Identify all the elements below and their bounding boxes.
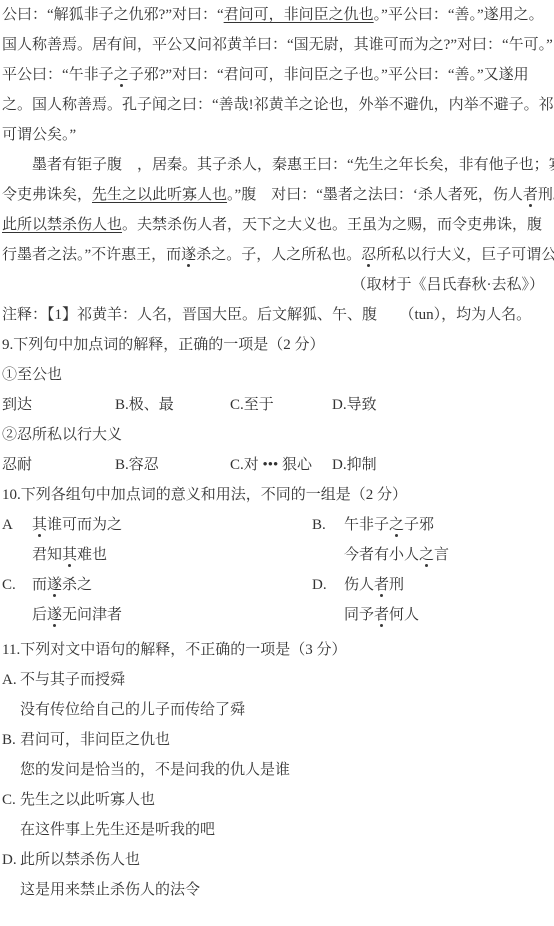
option-sentence: 后遂无问津者 <box>32 600 312 630</box>
option-sentence: 而遂杀之 <box>32 570 312 600</box>
text-segment: 午非子 <box>344 517 389 533</box>
option-sentence: 其谁可而为之 <box>32 510 312 540</box>
exam-page: 公曰：“解狐非子之仇邪?”对曰：“君问可，非问臣之仇也。”平公曰：“善。”遂用之… <box>2 0 550 905</box>
text-segment: 无问津者 <box>62 607 122 623</box>
passage-line: 此所以禁杀伤人也。夫禁杀伤人者，天下之大义也。王虽为之赐，而令吏弗诛，腹 不可不 <box>2 210 550 240</box>
text-segment: 何人 <box>389 607 419 623</box>
question-11-title: 11.下列对文中语句的解释，不正确的一项是（3 分） <box>2 635 550 665</box>
text-segment: 之 <box>389 517 404 533</box>
text-segment: 言 <box>434 547 449 563</box>
text-segment: 之 <box>114 67 129 83</box>
option-label: A. <box>2 665 20 695</box>
option-sentence: 伤人者刑 <box>344 570 550 600</box>
text-segment: 之。国人称善焉。孔子闻之曰：“善哉!祁黄羊之论也，外举不避仇，内举不避子。祁黄羊 <box>2 97 554 113</box>
passage-line: 国人称善焉。居有间，平公又问祁黄羊曰：“国无尉，其谁可而为之?”对曰：“午可。” <box>2 30 550 60</box>
option-label: C. <box>2 570 32 600</box>
q9-option-a: 到达 <box>2 390 115 420</box>
passage-note: 注释：【1】祁黄羊：人名，晋国大臣。后文解狐、午、腹 （tun），均为人名。 <box>2 300 550 330</box>
text-segment: 遂 <box>47 607 62 623</box>
option-row: D.此所以禁杀伤人也 这是用来禁止杀伤人的法令 <box>2 845 550 905</box>
passage-line: 墨者有钜子腹 ，居秦。其子杀人，秦惠王曰：“先生之年长矣，非有他子也；寡人已 <box>2 150 550 180</box>
text-segment: 国人称善焉。居有间，平公又问祁黄羊曰：“国无尉，其谁可而为之?”对曰：“午可。” <box>2 37 553 53</box>
question-9-options-row-1: 到达 B.极、最 C.至于 D.导致 <box>2 390 550 420</box>
text-segment: 刑。’ <box>538 187 554 203</box>
text-segment: 可谓公矣。” <box>2 127 76 143</box>
passage-paragraph-2: 墨者有钜子腹 ，居秦。其子杀人，秦惠王曰：“先生之年长矣，非有他子也；寡人已 令… <box>2 150 550 270</box>
option-label: A <box>2 510 32 540</box>
text-segment: 杀之 <box>62 577 92 593</box>
option-sentence: 先生之以此听寡人也 <box>20 792 155 808</box>
text-segment: 遂 <box>47 577 62 593</box>
text-segment: 后 <box>32 607 47 623</box>
option-label-spacer <box>2 540 32 570</box>
q9-option-d: D.导致 <box>332 390 550 420</box>
option-sentence: 君知其难也 <box>32 540 312 570</box>
text-segment: 同予 <box>344 607 374 623</box>
question-10: 10.下列各组句中加点词的意义和用法，不同的一组是（2 分） A 其谁可而为之 … <box>2 480 550 630</box>
text-segment: 墨者有钜子腹 ，居秦。其子杀人，秦惠王曰：“先生之年长矣，非有他子也；寡人已 <box>2 157 554 173</box>
text-segment: 君知 <box>32 547 62 563</box>
passage-source: （取材于《吕氏春秋·去私》） <box>2 270 550 300</box>
question-9-options-row-2: 忍耐 B.容忍 C.对 ••• 狠心 D.抑制 <box>2 450 550 480</box>
text-segment: 其 <box>32 517 47 533</box>
option-label-spacer <box>312 540 344 570</box>
option-label: D. <box>2 845 20 875</box>
option-label: D. <box>312 570 344 600</box>
option-label: C. <box>2 785 20 815</box>
passage-line: 可谓公矣。” <box>2 120 550 150</box>
option-label-spacer <box>2 600 32 630</box>
text-segment: 者 <box>523 187 538 203</box>
text-segment: 其 <box>62 547 77 563</box>
passage-paragraph-1: 公曰：“解狐非子之仇邪?”对曰：“君问可，非问臣之仇也。”平公曰：“善。”遂用之… <box>2 0 550 150</box>
text-segment: 今者有小人 <box>344 547 419 563</box>
text-segment: 刑 <box>389 577 404 593</box>
text-segment: 者 <box>374 607 389 623</box>
q9-option-b: B.容忍 <box>115 450 230 480</box>
option-sentence: 同予者何人 <box>344 600 550 630</box>
question-10-options: A 其谁可而为之 B. 午非子之子邪 君知其难也 今者有小人之言 C. 而遂杀之… <box>2 510 550 630</box>
passage-line: 平公曰：“午非子之子邪?”对曰：“君问可，非问臣之子也。”平公曰：“善。”又遂用 <box>2 60 550 90</box>
text-segment: 者 <box>374 577 389 593</box>
text-segment: 令吏弗诛矣， <box>2 187 92 203</box>
option-label-spacer <box>312 600 344 630</box>
text-segment: 谁可而为之 <box>47 517 122 533</box>
option-sentence: 此所以禁杀伤人也 <box>20 852 140 868</box>
option-sentence: 不与其子而授舜 <box>20 672 125 688</box>
text-segment: 。”腹 对曰：“墨者之法曰：‘杀人者死，伤人 <box>227 187 523 203</box>
question-9-title: 9.下列句中加点词的解释，正确的一项是（2 分） <box>2 330 550 360</box>
text-segment: 行墨者之法。”不许惠王，而 <box>2 247 181 263</box>
text-segment: 君问可，非问臣之仇也 <box>224 7 374 23</box>
question-9-item-2: ②忍所私以行大义 <box>2 420 550 450</box>
text-segment: 所私以行大义，巨子可谓公矣。 <box>376 247 554 263</box>
option-explanation: 在这件事上先生还是听我的吧 <box>20 815 550 845</box>
text-segment: 杀之。子，人之所私也。 <box>196 247 361 263</box>
text-segment: 公曰：“解狐非子之仇邪?”对曰：“ <box>2 7 224 23</box>
text-segment: 平公曰：“午非子 <box>2 67 114 83</box>
text-segment: 。夫禁杀伤人者，天下之大义也。王虽为之赐，而令吏弗诛，腹 不可不 <box>122 217 554 233</box>
text-segment: 遂 <box>181 247 196 263</box>
q9-option-c: C.对 ••• 狠心 <box>230 450 332 480</box>
q9-option-b: B.极、最 <box>115 390 230 420</box>
text-segment: 难也 <box>77 547 107 563</box>
text-segment: 先生之以此听寡人也 <box>92 187 227 203</box>
option-row: A.不与其子而授舜 没有传位给自己的儿子而传给了舜 <box>2 665 550 725</box>
passage-line: 令吏弗诛矣，先生之以此听寡人也。”腹 对曰：“墨者之法曰：‘杀人者死，伤人者刑。… <box>2 180 550 210</box>
option-explanation: 这是用来禁止杀伤人的法令 <box>20 875 550 905</box>
text-segment: 而 <box>32 577 47 593</box>
option-sentence: 今者有小人之言 <box>344 540 550 570</box>
option-row: B.君问可，非问臣之仇也 您的发问是恰当的，不是问我的仇人是谁 <box>2 725 550 785</box>
option-explanation: 您的发问是恰当的，不是问我的仇人是谁 <box>20 755 550 785</box>
option-sentence: 午非子之子邪 <box>344 510 550 540</box>
text-segment: 。”平公曰：“善。”遂用之。 <box>374 7 544 23</box>
question-9-item-1: ①至公也 <box>2 360 550 390</box>
text-segment: 之 <box>419 547 434 563</box>
passage-line: 公曰：“解狐非子之仇邪?”对曰：“君问可，非问臣之仇也。”平公曰：“善。”遂用之… <box>2 0 550 30</box>
passage-line: 之。国人称善焉。孔子闻之曰：“善哉!祁黄羊之论也，外举不避仇，内举不避子。祁黄羊 <box>2 90 550 120</box>
question-9: 9.下列句中加点词的解释，正确的一项是（2 分） ①至公也 到达 B.极、最 C… <box>2 330 550 480</box>
text-segment: 忍 <box>361 247 376 263</box>
q9-option-a: 忍耐 <box>2 450 115 480</box>
option-explanation: 没有传位给自己的儿子而传给了舜 <box>20 695 550 725</box>
question-11: 11.下列对文中语句的解释，不正确的一项是（3 分） A.不与其子而授舜 没有传… <box>2 635 550 905</box>
text-segment: 子邪 <box>404 517 434 533</box>
q9-option-c: C.至于 <box>230 390 332 420</box>
passage-line: 行墨者之法。”不许惠王，而遂杀之。子，人之所私也。忍所私以行大义，巨子可谓公矣。 <box>2 240 550 270</box>
question-10-title: 10.下列各组句中加点词的意义和用法，不同的一组是（2 分） <box>2 480 550 510</box>
option-sentence: 君问可，非问臣之仇也 <box>20 732 170 748</box>
q9-option-d: D.抑制 <box>332 450 550 480</box>
text-segment: 伤人 <box>344 577 374 593</box>
option-label: B. <box>2 725 20 755</box>
option-label: B. <box>312 510 344 540</box>
text-segment: 此所以禁杀伤人也 <box>2 217 122 233</box>
option-row: C.先生之以此听寡人也 在这件事上先生还是听我的吧 <box>2 785 550 845</box>
text-segment: 子邪?”对曰：“君问可，非问臣之子也。”平公曰：“善。”又遂用 <box>129 67 529 83</box>
